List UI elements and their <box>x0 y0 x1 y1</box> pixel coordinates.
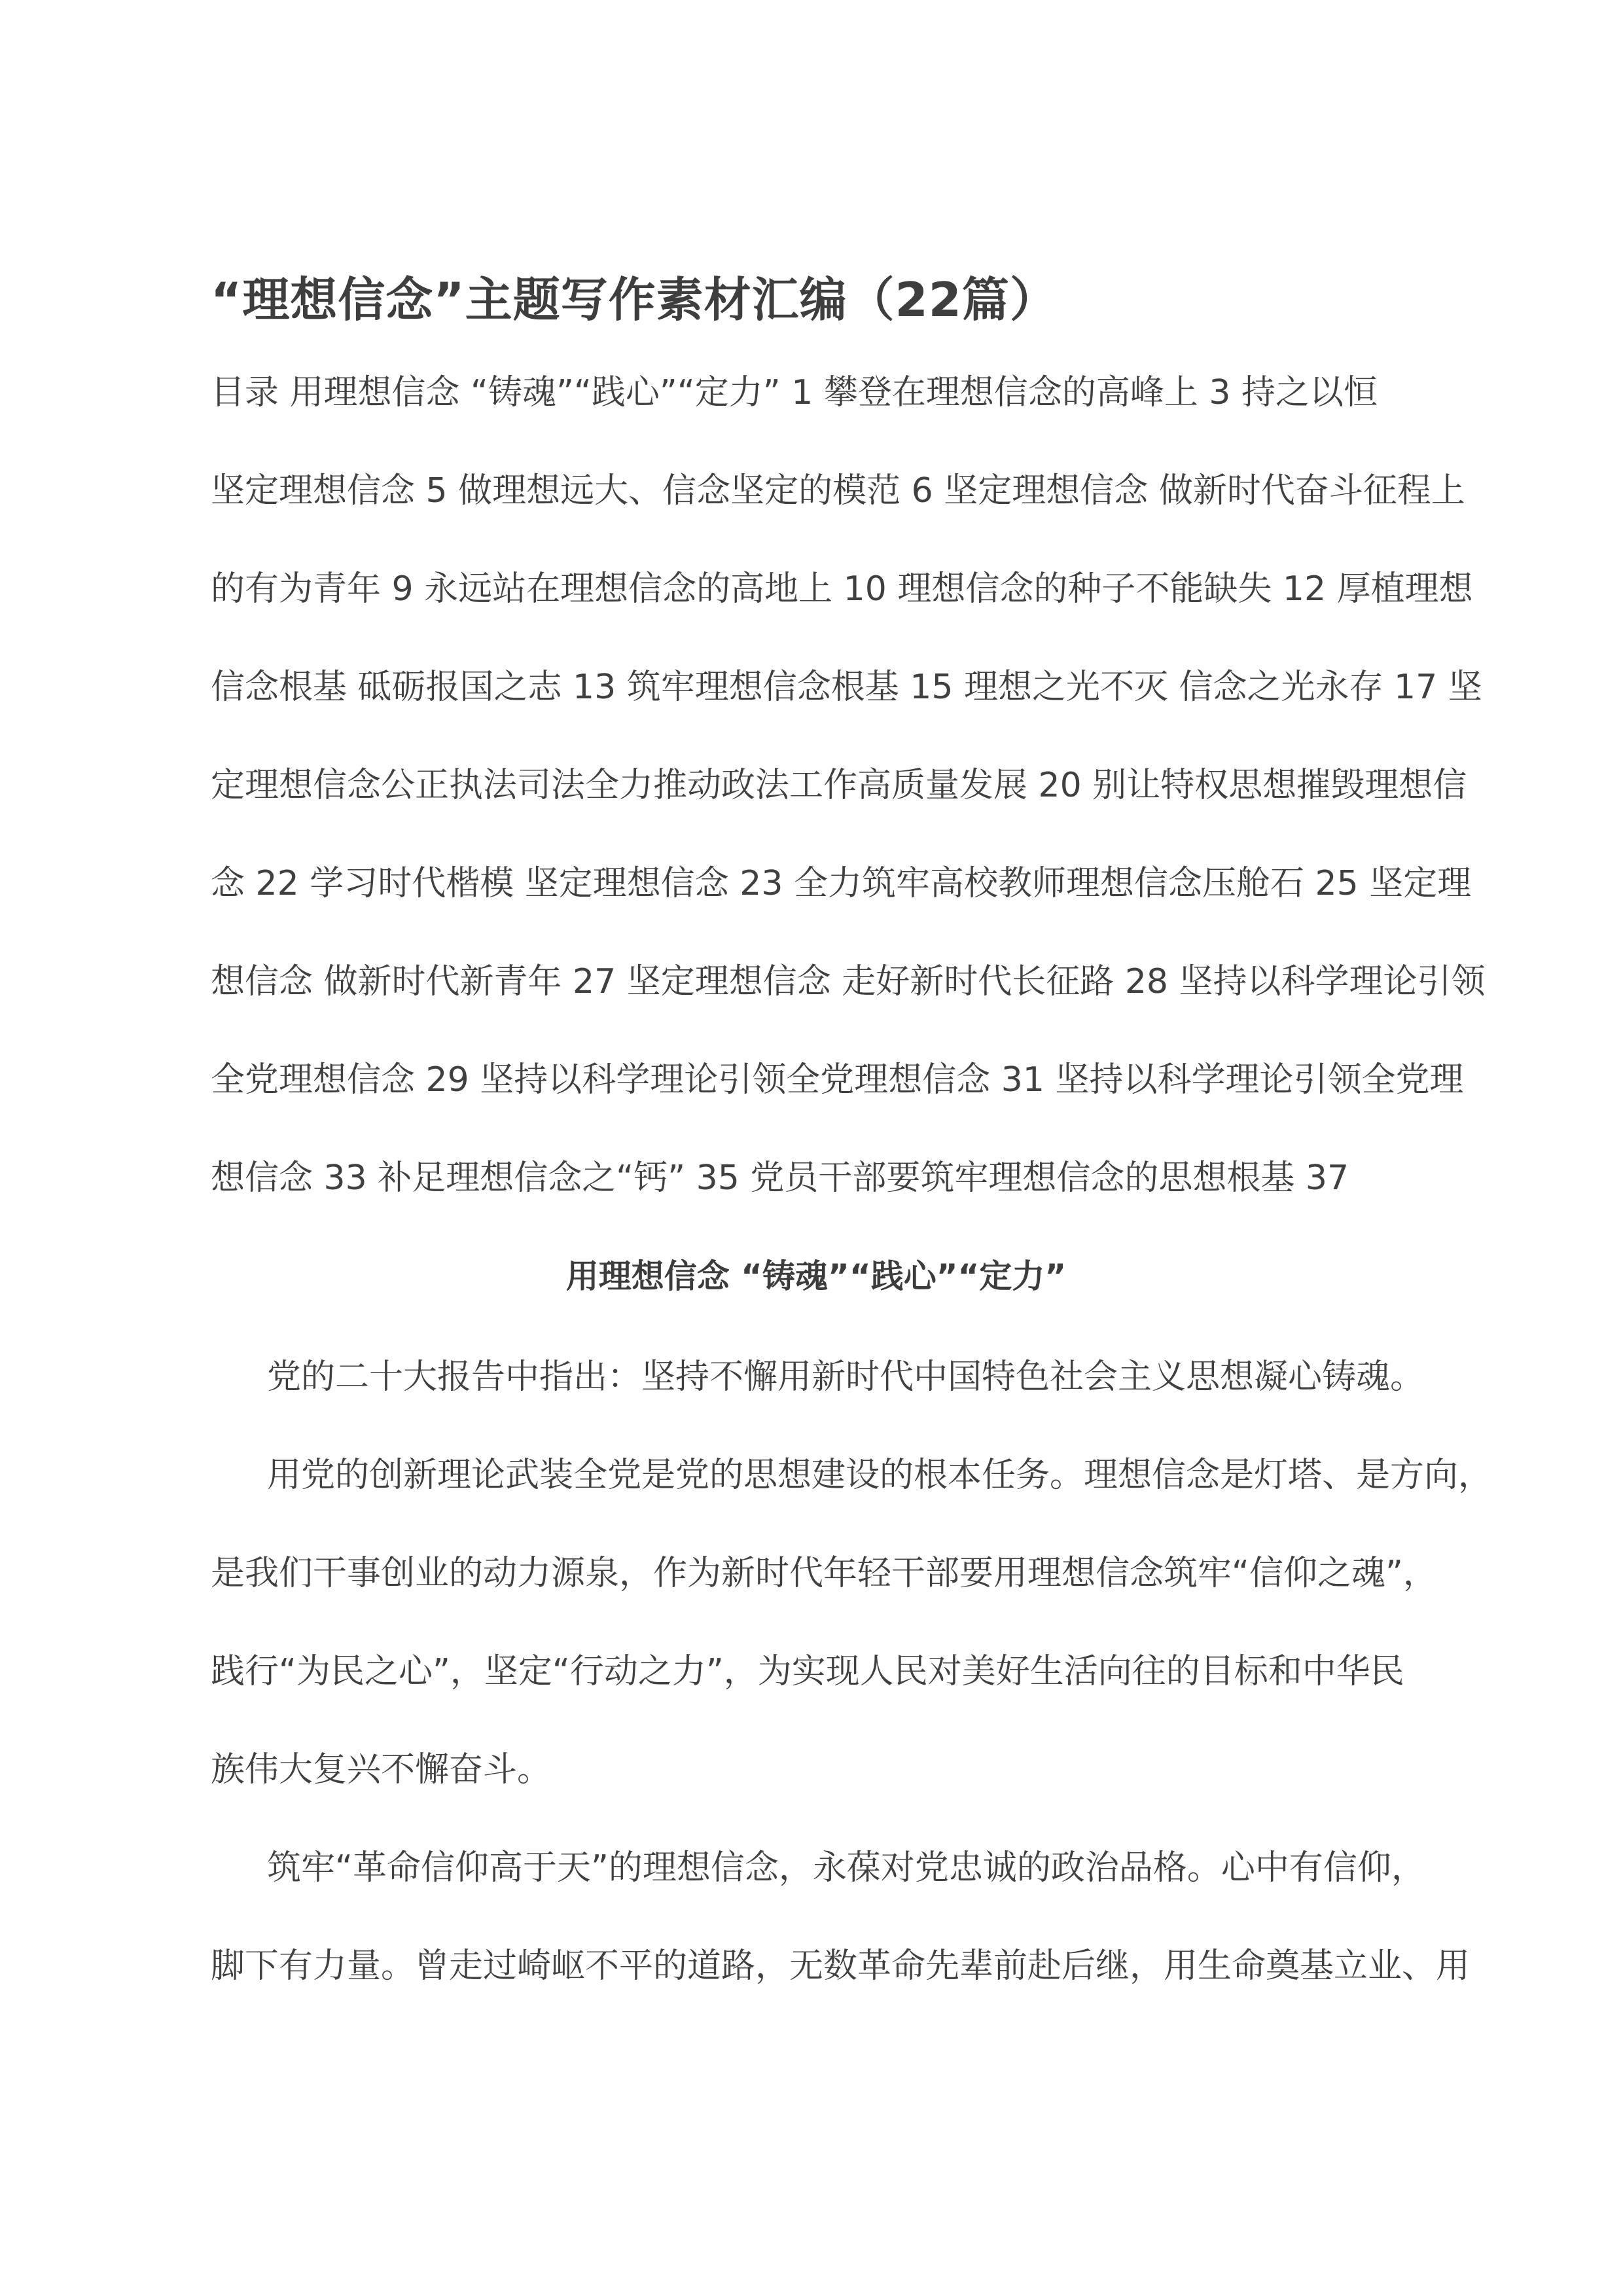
body-line: 是我们干事创业的动力源泉，作为新时代年轻干部要用理想信念筑牢“信仰之魂”， <box>211 1552 1421 1651</box>
toc-line: 坚定理想信念 5 做理想远大、信念坚定的模范 6 坚定理想信念 做新时代奋斗征程… <box>211 470 1421 568</box>
article-body: 党的二十大报告中指出：坚持不懈用新时代中国特色社会主义思想凝心铸魂。 用党的创新… <box>211 1356 1421 2043</box>
body-line: 党的二十大报告中指出：坚持不懈用新时代中国特色社会主义思想凝心铸魂。 <box>211 1356 1421 1454</box>
body-line: 用党的创新理论武装全党是党的思想建设的根本任务。理想信念是灯塔、是方向， <box>211 1454 1421 1552</box>
toc-line: 念 22 学习时代楷模 坚定理想信念 23 全力筑牢高校教师理想信念压舱石 25… <box>211 863 1421 961</box>
toc-line: 的有为青年 9 永远站在理想信念的高地上 10 理想信念的种子不能缺失 12 厚… <box>211 568 1421 666</box>
document-title: “理想信念”主题写作素材汇编（22篇） <box>211 267 1389 332</box>
toc-line: 想信念 33 补足理想信念之“钙” 35 党员干部要筑牢理想信念的思想根基 37 <box>211 1157 1421 1255</box>
toc-line: 定理想信念公正执法司法全力推动政法工作高质量发展 20 别让特权思想摧毁理想信 <box>211 764 1421 863</box>
toc-line: 全党理想信念 29 坚持以科学理论引领全党理想信念 31 坚持以科学理论引领全党… <box>211 1059 1421 1157</box>
body-line: 践行“为民之心”，坚定“行动之力”，为实现人民对美好生活向往的目标和中华民 <box>211 1651 1421 1749</box>
document-page: “理想信念”主题写作素材汇编（22篇） 目录 用理想信念 “铸魂”“践心”“定力… <box>0 0 1623 2296</box>
section-heading: 用理想信念 “铸魂”“践心”“定力” <box>211 1255 1421 1297</box>
body-line: 族伟大复兴不懈奋斗。 <box>211 1749 1421 1847</box>
toc-line: 信念根基 砥砺报国之志 13 筑牢理想信念根基 15 理想之光不灭 信念之光永存… <box>211 666 1421 764</box>
body-line: 筑牢“革命信仰高于天”的理想信念，永葆对党忠诚的政治品格。心中有信仰， <box>211 1847 1421 1945</box>
body-line: 脚下有力量。曾走过崎岖不平的道路，无数革命先辈前赴后继，用生命奠基立业、用 <box>211 1945 1421 2043</box>
toc-line: 想信念 做新时代新青年 27 坚定理想信念 走好新时代长征路 28 坚持以科学理… <box>211 961 1421 1059</box>
table-of-contents: 目录 用理想信念 “铸魂”“践心”“定力” 1 攀登在理想信念的高峰上 3 持之… <box>211 372 1421 1255</box>
toc-line: 目录 用理想信念 “铸魂”“践心”“定力” 1 攀登在理想信念的高峰上 3 持之… <box>211 372 1421 470</box>
